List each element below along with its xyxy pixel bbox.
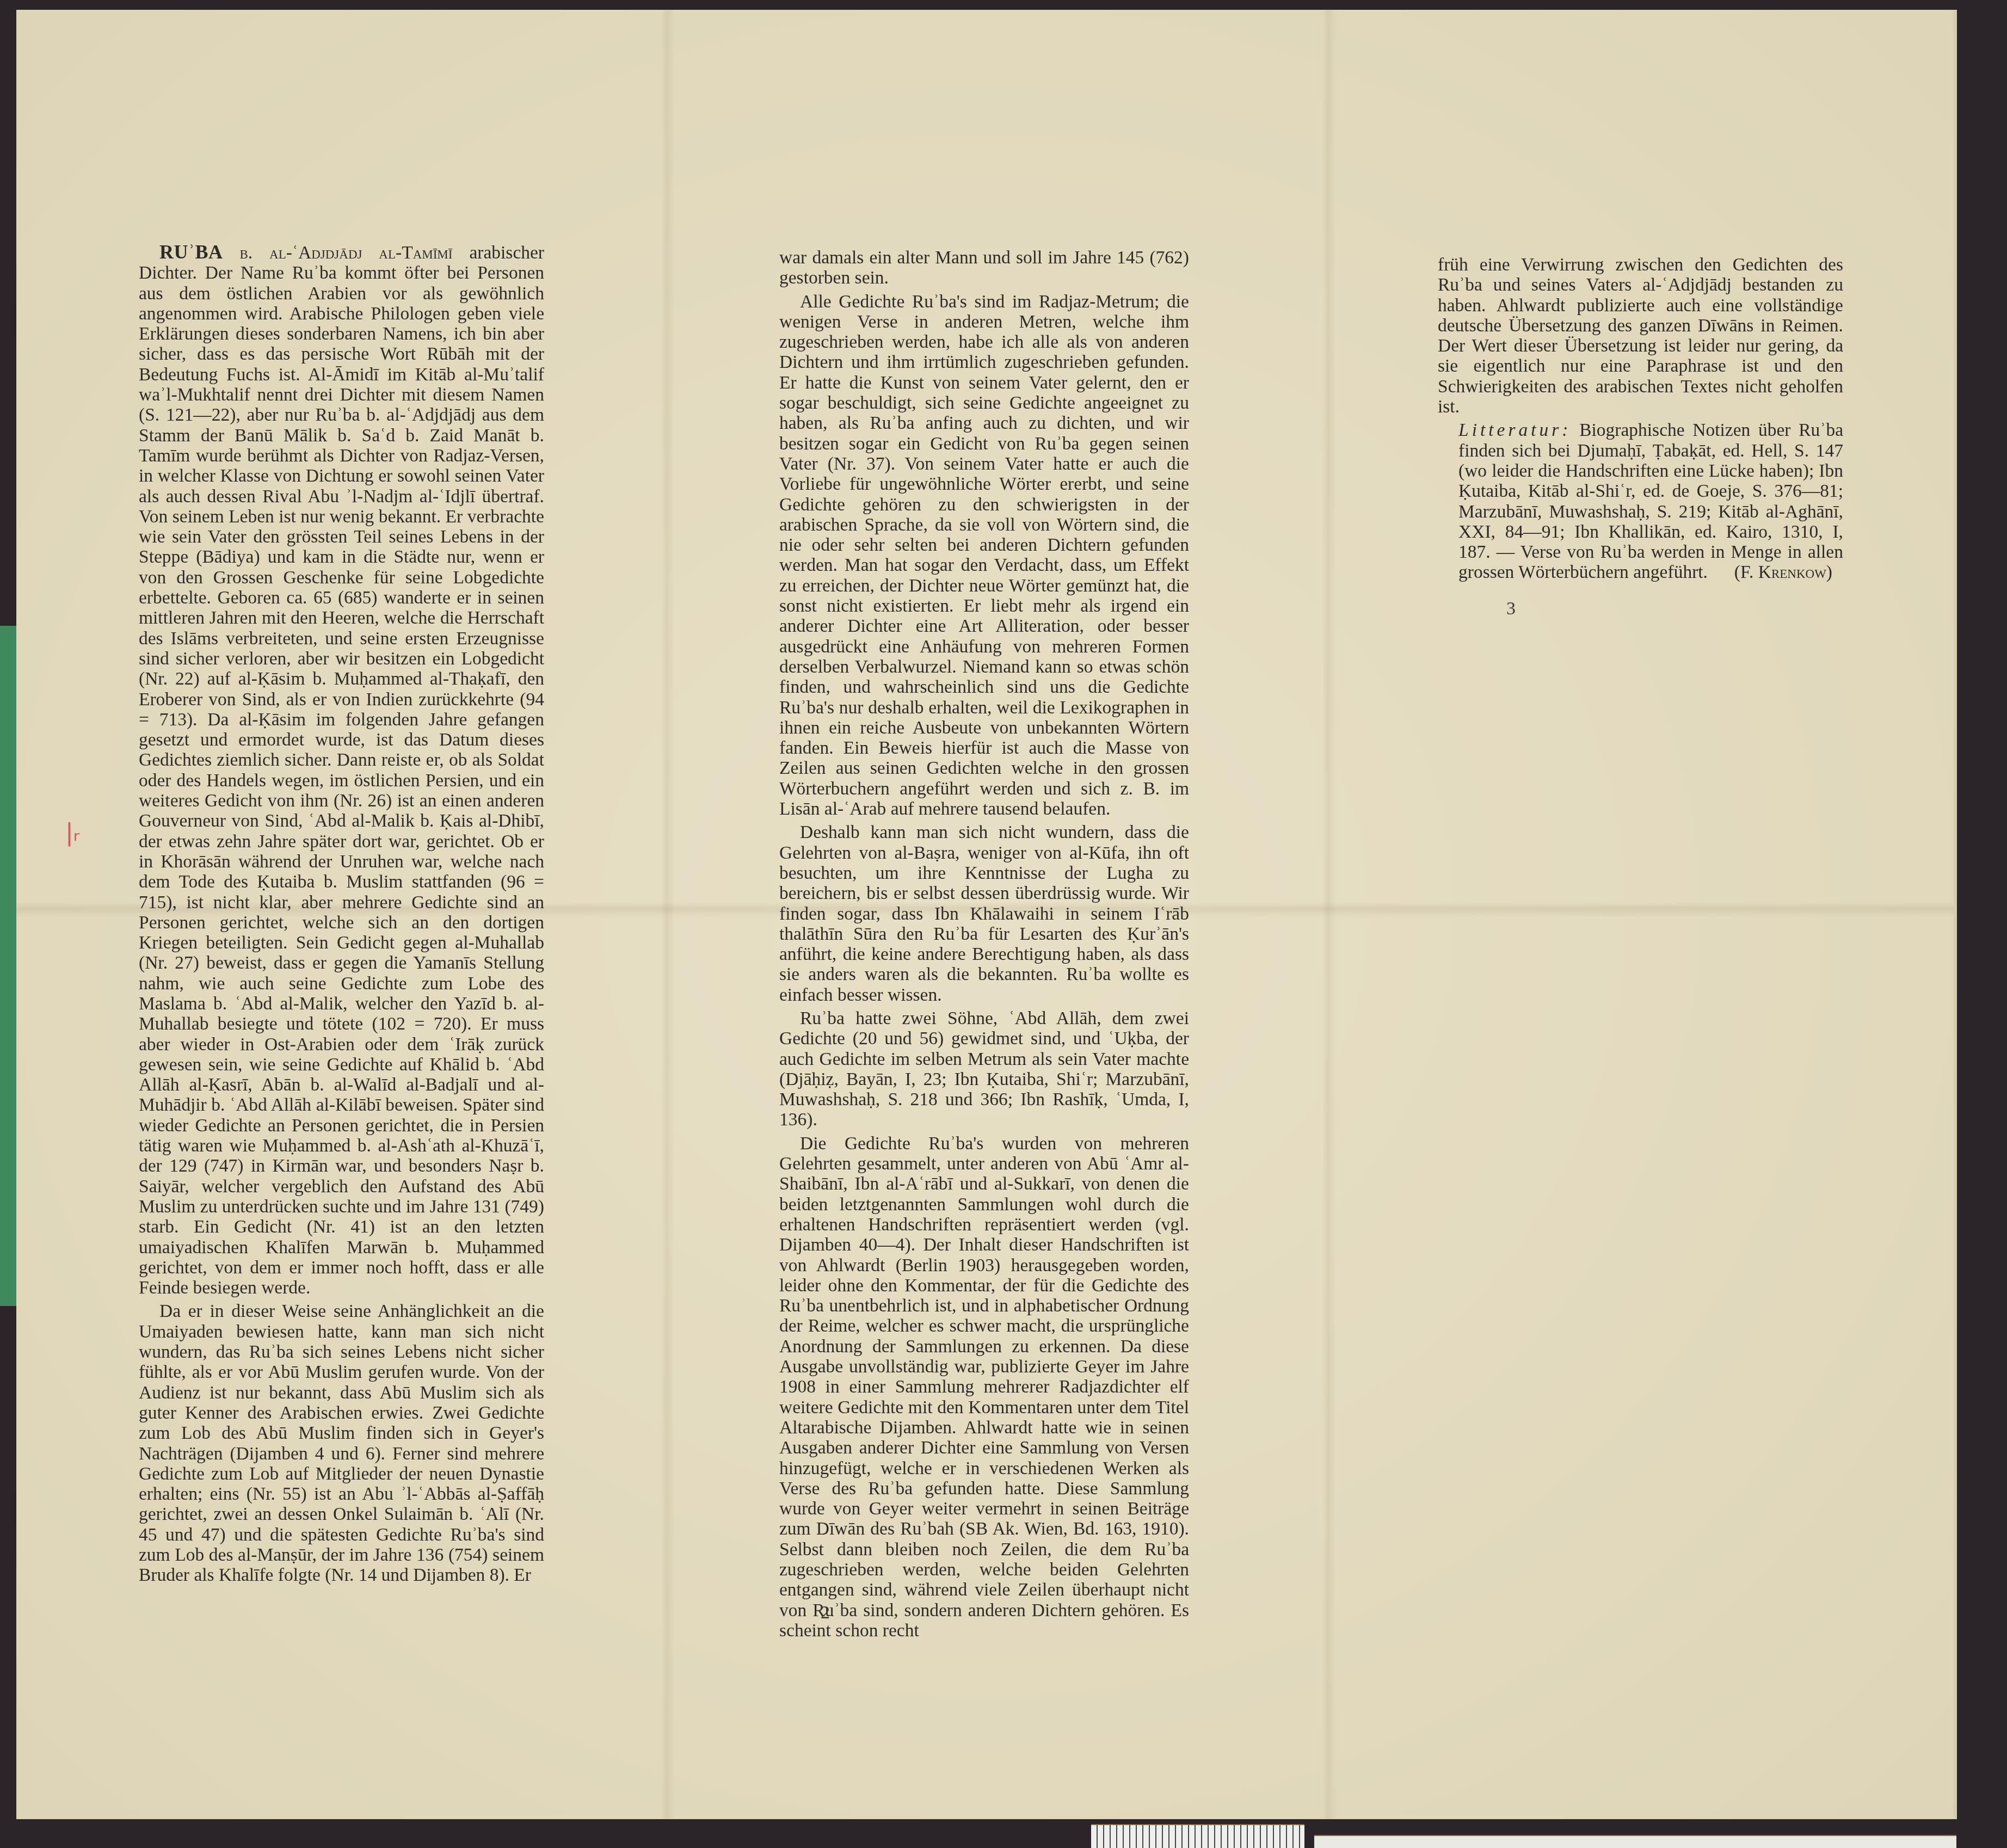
text-column-2: war damals ein alter Mann und soll im Ja… bbox=[779, 248, 1189, 1644]
text-column-3: früh eine Verwirrung zwischen den Gedich… bbox=[1438, 255, 1843, 586]
article-paragraph: Alle Gedichte Ruʾba's sind im Radjaz-Met… bbox=[779, 292, 1189, 820]
article-paragraph: war damals ein alter Mann und soll im Ja… bbox=[779, 248, 1189, 288]
article-paragraph: Deshalb kann man sich nicht wundern, das… bbox=[779, 822, 1189, 1005]
article-paragraph: früh eine Verwirrung zwischen den Gedich… bbox=[1438, 255, 1843, 417]
article-headword-lineage: b. al-ʿAdjdjādj al-Tamīmī bbox=[239, 243, 452, 263]
article-paragraph: Ruʾba hatte zwei Söhne, ʿAbd Allāh, dem … bbox=[779, 1008, 1189, 1130]
red-margin-annotation: |ᵣ bbox=[65, 819, 79, 847]
bibliography-label: Litteratur: bbox=[1458, 420, 1571, 440]
text-column-1: RUʾBA b. al-ʿAdjdjādj al-Tamīmī arabisch… bbox=[139, 242, 544, 1589]
scan-scale-ruler bbox=[1091, 1824, 1304, 1848]
bibliography-paragraph: Litteratur: Biographische Notizen über R… bbox=[1438, 420, 1843, 582]
article-paragraph: Die Gedichte Ruʾba's wurden von mehreren… bbox=[779, 1134, 1189, 1641]
article-author: (F. Krenkow) bbox=[1734, 562, 1832, 582]
page-number: 2 bbox=[821, 1603, 830, 1623]
page-number: 3 bbox=[1506, 599, 1516, 619]
article-paragraph: RUʾBA b. al-ʿAdjdjādj al-Tamīmī arabisch… bbox=[139, 242, 544, 1298]
article-paragraph: Da er in dieser Weise seine Anhänglichke… bbox=[139, 1301, 544, 1585]
article-headword: RUʾBA bbox=[159, 241, 223, 263]
scan-color-strip bbox=[1314, 1835, 1956, 1848]
bibliography-text: Biographische Notizen über Ruʾba finden … bbox=[1458, 420, 1843, 582]
paragraph-text: arabischer Dichter. Der Name Ruʾba kommt… bbox=[139, 243, 544, 1298]
